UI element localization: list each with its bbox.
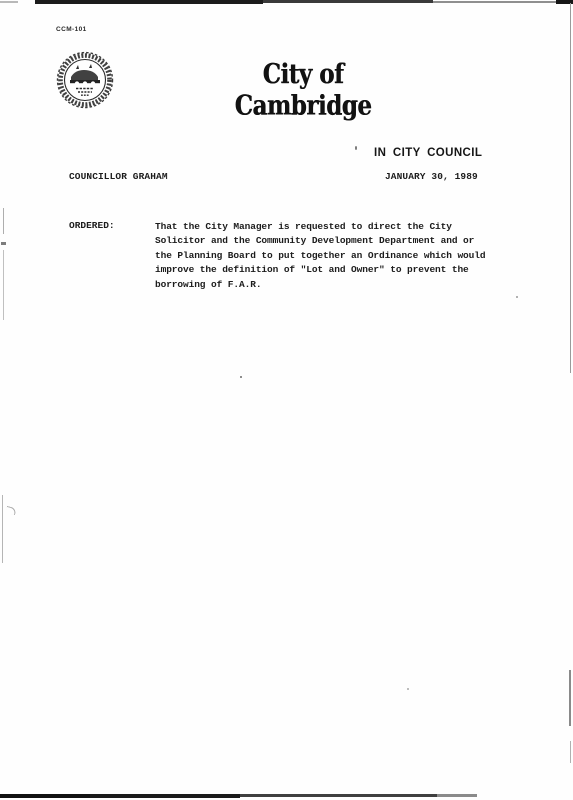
in-city-council-heading: IN CITY COUNCIL [374, 147, 482, 159]
order-text-line: Solicitor and the Community Development … [155, 234, 500, 248]
scan-artifact-bottom [0, 794, 90, 798]
scan-speck [240, 376, 242, 378]
scan-artifact-bottom [240, 794, 437, 797]
scan-speck [355, 146, 357, 150]
order-text-line: borrowing of F.A.R. [155, 278, 500, 292]
scan-artifact-left-edge [2, 495, 3, 563]
document-date: JANUARY 30, 1989 [385, 171, 478, 182]
scan-artifact-right-edge [570, 3, 571, 373]
scan-pen-mark [5, 506, 16, 515]
scanned-document-page: CCM-101 City of Cambridge IN CITY COUNCI… [0, 0, 573, 800]
scan-speck [407, 688, 409, 690]
order-text-block: That the City Manager is requested to di… [155, 220, 500, 292]
scan-artifact-right-edge [570, 741, 571, 763]
scan-artifact-left-edge [1, 242, 6, 245]
scan-artifact-top [433, 1, 556, 3]
city-of-cambridge-seal-icon [56, 50, 114, 112]
scan-speck [516, 296, 518, 298]
scan-artifact-bottom [90, 794, 240, 798]
scan-artifact-top [35, 0, 263, 4]
scan-artifact-left-edge [3, 208, 4, 234]
scan-artifact-bottom [437, 794, 477, 797]
scan-artifact-left-edge [3, 250, 4, 320]
document-title: City of Cambridge [203, 58, 403, 122]
scan-artifact-right-edge [569, 670, 571, 726]
scan-artifact-top [0, 1, 18, 3]
order-text-line: the Planning Board to put together an Or… [155, 249, 500, 263]
order-text-line: That the City Manager is requested to di… [155, 220, 500, 234]
order-text-line: improve the definition of "Lot and Owner… [155, 263, 500, 277]
scan-artifact-top [263, 0, 433, 3]
ordered-label: ORDERED: [69, 220, 115, 231]
councillor-name: COUNCILLOR GRAHAM [69, 171, 168, 182]
form-number: CCM-101 [56, 26, 87, 33]
